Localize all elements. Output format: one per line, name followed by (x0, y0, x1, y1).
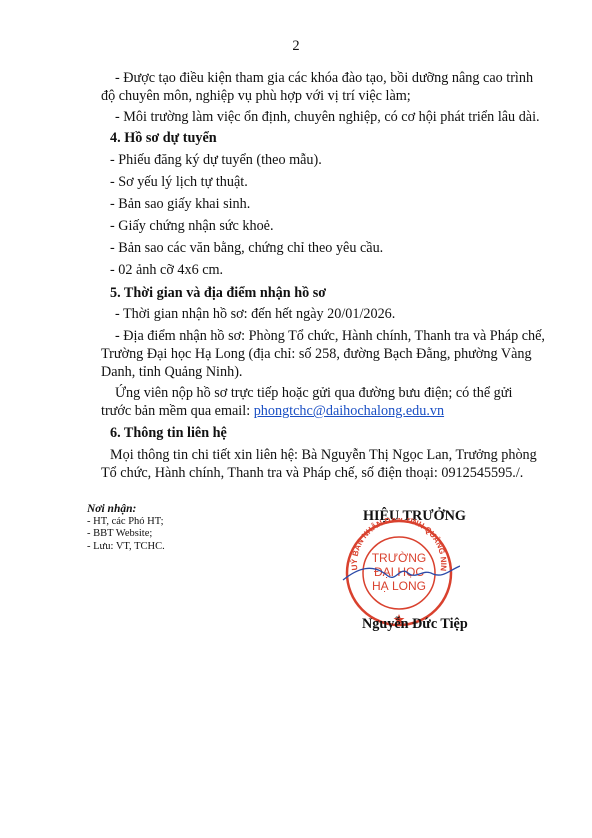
page-number: 2 (0, 38, 592, 55)
benefit-item-1-line-1: - Được tạo điều kiện tham gia các khóa đ… (115, 69, 483, 87)
receive-place-line-2: Trường Đại học Hạ Long (địa chỉ: số 258,… (101, 345, 485, 363)
doc-item: - Sơ yếu lý lịch tự thuật. (110, 173, 248, 191)
doc-item: - 02 ảnh cỡ 4x6 cm. (110, 261, 223, 279)
recipient-item: - Lưu: VT, TCHC. (87, 541, 165, 554)
receive-place-line-1: - Địa điểm nhận hồ sơ: Phòng Tổ chức, Hà… (115, 327, 485, 345)
recipients-block: Nơi nhận: - HT, các Phó HT; - BBT Websit… (87, 503, 165, 553)
official-stamp-icon: UỶ BAN NHÂN DÂN TỈNH QUẢNG NINH TRƯỜNG Đ… (338, 518, 460, 628)
submit-line-2-text: trước bản mềm qua email: (101, 403, 254, 419)
contact-line-1: Mọi thông tin chi tiết xin liên hệ: Bà N… (110, 446, 485, 464)
doc-item: - Bản sao giấy khai sinh. (110, 195, 250, 213)
doc-item: - Giấy chứng nhận sức khoẻ. (110, 217, 274, 235)
benefit-item-1-line-2: độ chuyên môn, nghiệp vụ phù hợp với vị … (101, 87, 411, 105)
signer-name: Nguyễn Đức Tiệp (362, 616, 468, 633)
submit-line-1: Ứng viên nộp hồ sơ trực tiếp hoặc gửi qu… (115, 384, 485, 402)
contact-line-2: Tổ chức, Hành chính, Thanh tra và Pháp c… (101, 464, 523, 482)
stamp-inner-line: HẠ LONG (372, 579, 426, 593)
recipient-item: - BBT Website; (87, 528, 165, 541)
section-5-heading: 5. Thời gian và địa điểm nhận hồ sơ (110, 284, 326, 302)
recipients-title: Nơi nhận: (87, 503, 165, 516)
section-6-heading: 6. Thông tin liên hệ (110, 424, 227, 442)
doc-item: - Phiếu đăng ký dự tuyển (theo mẫu). (110, 151, 322, 169)
receive-place-line-3: Danh, tỉnh Quảng Ninh). (101, 363, 242, 381)
receive-time: - Thời gian nhận hồ sơ: đến hết ngày 20/… (115, 305, 395, 323)
submit-line-2: trước bản mềm qua email: phongtchc@daiho… (101, 402, 444, 420)
benefit-item-2: - Môi trường làm việc ổn định, chuyên ng… (115, 108, 540, 126)
doc-item: - Bản sao các văn bằng, chứng chỉ theo y… (110, 239, 383, 257)
section-4-heading: 4. Hồ sơ dự tuyển (110, 129, 217, 147)
email-link[interactable]: phongtchc@daihochalong.edu.vn (254, 403, 444, 419)
stamp-inner-line: TRƯỜNG (372, 550, 427, 565)
recipient-item: - HT, các Phó HT; (87, 516, 165, 529)
